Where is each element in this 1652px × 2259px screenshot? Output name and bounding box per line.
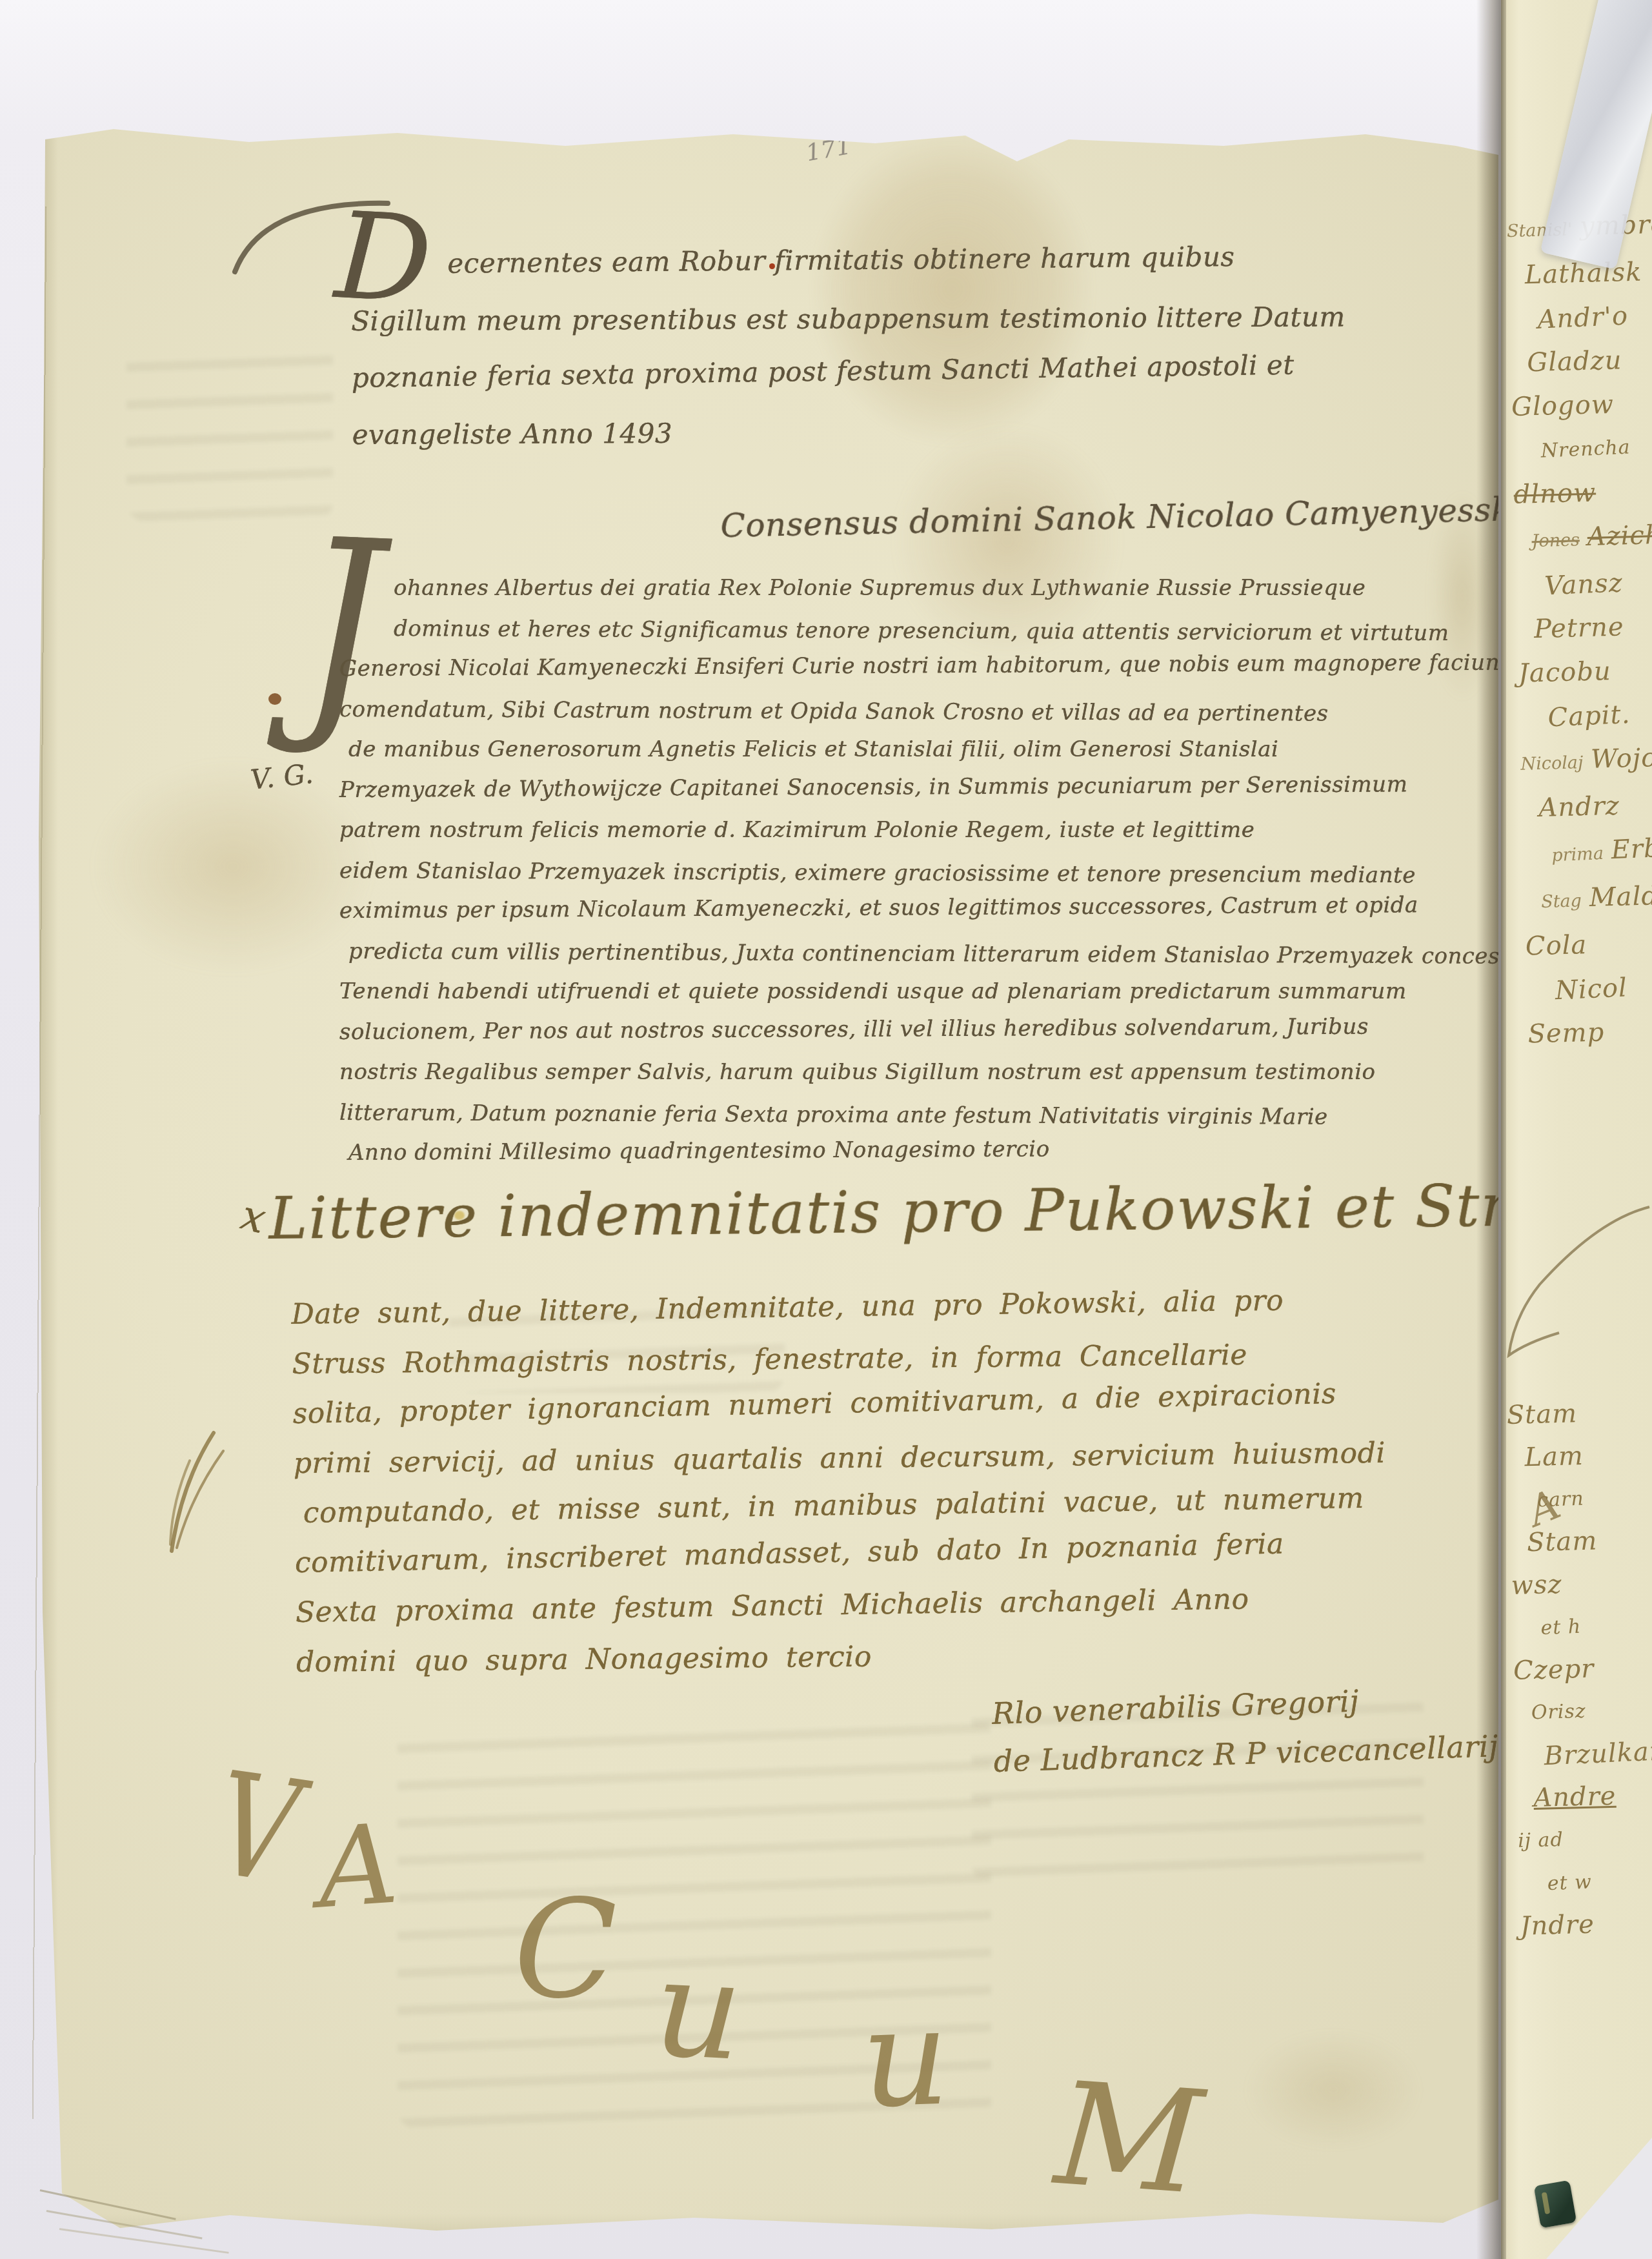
entry-side-label: Nicolaj xyxy=(1520,741,1584,787)
facing-page-entry: Stam xyxy=(1506,1390,1652,1437)
entry-name-fragment: Capit. xyxy=(1547,693,1631,740)
entry-name-fragment: carn xyxy=(1536,1477,1585,1522)
facing-page-entry: Andr'o xyxy=(1536,292,1652,341)
entry-name-fragment: Azich xyxy=(1587,513,1652,559)
facing-page-entry: Gladzu xyxy=(1526,337,1652,385)
entry1-paragraph: ecernentes eam Robur firmitatis obtinere… xyxy=(350,228,1347,463)
facing-page-entry: Andre xyxy=(1533,1774,1652,1819)
facing-page-entry: Brzulkan xyxy=(1543,1730,1652,1778)
entry3-paragraph: Date sunt, due littere, Indemnitate, una… xyxy=(291,1274,1389,1687)
pen-trial-letter: A xyxy=(314,1800,401,1933)
text-line: evangeliste Anno 1493 xyxy=(352,402,1346,463)
entry-name-fragment: dlnow xyxy=(1513,471,1597,517)
facing-page-entry: carn xyxy=(1536,1474,1652,1522)
entry-name-fragment: Petrne xyxy=(1533,605,1624,651)
facing-page-entry: Nicolaj Wojcz xyxy=(1520,735,1652,787)
entry-name-fragment: Glogow xyxy=(1511,383,1614,429)
text-line: Tenendi habendi utifruendi et quiete pos… xyxy=(339,971,1571,1012)
text-line: comendatum, Sibi Castrum nostrum et Opid… xyxy=(339,689,1571,735)
facing-page-entry: Andrz xyxy=(1538,782,1652,830)
entry-name-fragment: Czepr xyxy=(1513,1648,1595,1692)
text-line: Anno domini Millesimo quadringentesimo N… xyxy=(348,1126,1571,1173)
text-line: ohannes Albertus dei gratia Rex Polonie … xyxy=(394,568,1571,609)
facing-page-entry: Semp xyxy=(1527,1008,1652,1057)
facing-page-entry: Stag Malde xyxy=(1540,873,1652,924)
text-line: solucionem, Per nos aut nostros successo… xyxy=(339,1006,1571,1052)
pen-trial-letter: M xyxy=(1051,2051,1207,2226)
text-line: ecernentes eam Robur firmitatis obtinere… xyxy=(447,228,1345,292)
text-line: domini quo supra Nonagesimo tercio xyxy=(296,1627,1389,1687)
entry-name-fragment: Andre xyxy=(1533,1775,1617,1819)
entry-name-fragment: et h xyxy=(1540,1606,1582,1650)
entry-name-fragment: Nicol xyxy=(1554,966,1628,1013)
ink-spot xyxy=(268,693,281,705)
facing-page-entry: Vansz xyxy=(1544,558,1652,608)
entry-name-fragment: Wojcz xyxy=(1590,736,1652,782)
facing-page-name-list-upper: Stanisl' ymbro Lathalsk Andr'o Gladzu Gl… xyxy=(1506,202,1652,1056)
text-line: primi servicij, ad unius quartalis anni … xyxy=(293,1428,1385,1488)
entry-name-fragment: Semp xyxy=(1527,1010,1605,1056)
facing-page-entry: dlnow xyxy=(1513,469,1652,517)
facing-page-entry: Petrne xyxy=(1533,603,1652,651)
facing-page-entry: Glogow xyxy=(1511,381,1652,429)
facing-page-entry: wsz xyxy=(1511,1561,1652,1607)
text-line: de manibus Generosorum Agnetis Felicis e… xyxy=(348,729,1571,770)
entry-name-fragment: Jacobu xyxy=(1518,649,1611,696)
entry-name-fragment: Vansz xyxy=(1544,561,1624,608)
facing-page-name-list-lower: Stam Lam carn Stam wsz et h Czepr xyxy=(1506,1390,1652,1948)
entry-name-fragment: Gladzu xyxy=(1526,338,1622,385)
manuscript-right-page-sliver: A Stanisl' ymbro Lathalsk Andr'o Gladzu … xyxy=(1501,0,1652,2259)
text-line: Przemyazek de Wythowijcze Capitanei Sano… xyxy=(339,764,1571,810)
entry-name-fragment: Erbor xyxy=(1610,825,1652,872)
facing-page-entry: Jndre xyxy=(1520,1901,1652,1948)
pen-trial-letter: u xyxy=(859,1977,952,2138)
entry-name-fragment: ij ad xyxy=(1517,1819,1564,1863)
entry-name-fragment: wsz xyxy=(1511,1563,1563,1607)
facing-page-entry: Orisz xyxy=(1531,1688,1652,1734)
facing-page-entry: Nicol xyxy=(1554,963,1652,1013)
pen-curve-flourish xyxy=(1501,1181,1652,1388)
quill-flourish-icon xyxy=(152,1425,262,1554)
facing-page-entry: Capit. xyxy=(1547,690,1652,740)
facing-page-entry: et w xyxy=(1546,1858,1652,1905)
entry-name-fragment: Cola xyxy=(1525,923,1587,968)
margin-note: V. G. xyxy=(249,758,315,796)
entry-name-fragment: Andr'o xyxy=(1536,294,1629,342)
page-stack-edge xyxy=(59,2228,229,2254)
parchment-stain xyxy=(1217,2012,1449,2167)
facing-page-entry: ij ad xyxy=(1517,1816,1652,1863)
facing-page-entry: Cola xyxy=(1525,920,1652,969)
facing-page-entry: Jacobu xyxy=(1518,647,1652,696)
facing-page-entry: Stam xyxy=(1526,1518,1652,1564)
manuscript-left-page: 171 D ecernentes eam Robur firmitatis ob… xyxy=(36,63,1498,2240)
entry-name-fragment: Lam xyxy=(1524,1435,1584,1479)
green-clip xyxy=(1534,2180,1577,2229)
entry-name-fragment: Nrencha xyxy=(1540,426,1631,474)
text-line: Date sunt, due littere, Indemnitate, una… xyxy=(291,1274,1384,1339)
entry-name-fragment: Brzulkan xyxy=(1543,1730,1652,1778)
entry-name-fragment: Jndre xyxy=(1520,1903,1595,1948)
photo-backdrop: A Stanisl' ymbro Lathalsk Andr'o Gladzu … xyxy=(0,0,1652,2259)
pen-trial-letter: C xyxy=(514,1870,618,2029)
entry-name-fragment: Andrz xyxy=(1538,784,1620,830)
facing-page-entry: et h xyxy=(1540,1602,1652,1650)
entry-side-label: Stag xyxy=(1540,879,1582,924)
text-line: patrem nostrum felicis memorie d. Kazimi… xyxy=(339,810,1571,851)
facing-page-entry: prima Erbor xyxy=(1551,825,1652,878)
text-line: Generosi Nicolai Kamyeneczki Ensiferi Cu… xyxy=(339,642,1571,689)
entry3-display-heading: Littere indemnitatis pro Pukowski et Str… xyxy=(268,1171,1611,1253)
text-line: eximimus per ipsum Nicolaum Kamyeneczki,… xyxy=(339,884,1571,931)
bleedthrough-patch xyxy=(126,334,333,522)
margin-cross-mark: x xyxy=(236,1191,270,1244)
text-line: predicta cum villis pertinentibus, Juxta… xyxy=(348,931,1571,977)
entry-side-label: Jones xyxy=(1531,518,1580,563)
folio-number: 171 xyxy=(804,133,853,167)
entry-name-fragment: et w xyxy=(1546,1861,1593,1905)
facing-page-entry: Nrencha xyxy=(1540,423,1652,473)
entry-name-fragment: Malde xyxy=(1589,874,1652,920)
entry2-heading: Consensus domini Sanok Nicolao Camyenyes… xyxy=(720,491,1522,545)
pen-trial-letter: V xyxy=(206,1741,308,1917)
clip-glint xyxy=(1542,2192,1551,2214)
facing-page-entry: Jones Azich xyxy=(1531,512,1652,563)
entry-name-fragment: Stam xyxy=(1526,1519,1598,1564)
chancery-signature: Rlo venerabilis Gregorijde Ludbrancz R P… xyxy=(991,1672,1499,1785)
entry-name-fragment: Orisz xyxy=(1531,1690,1586,1734)
entry-side-label: prima xyxy=(1551,832,1604,878)
pen-trial-letter: u xyxy=(650,1929,746,2091)
facing-page-entry: Czepr xyxy=(1513,1646,1652,1692)
entry-name-fragment: Stam xyxy=(1506,1392,1578,1437)
text-line: nostris Regalibus semper Salvis, harum q… xyxy=(339,1052,1571,1093)
facing-page-entry: Lam xyxy=(1524,1433,1652,1479)
entry2-paragraph: ohannes Albertus dei gratia Rex Polonie … xyxy=(339,568,1571,1173)
